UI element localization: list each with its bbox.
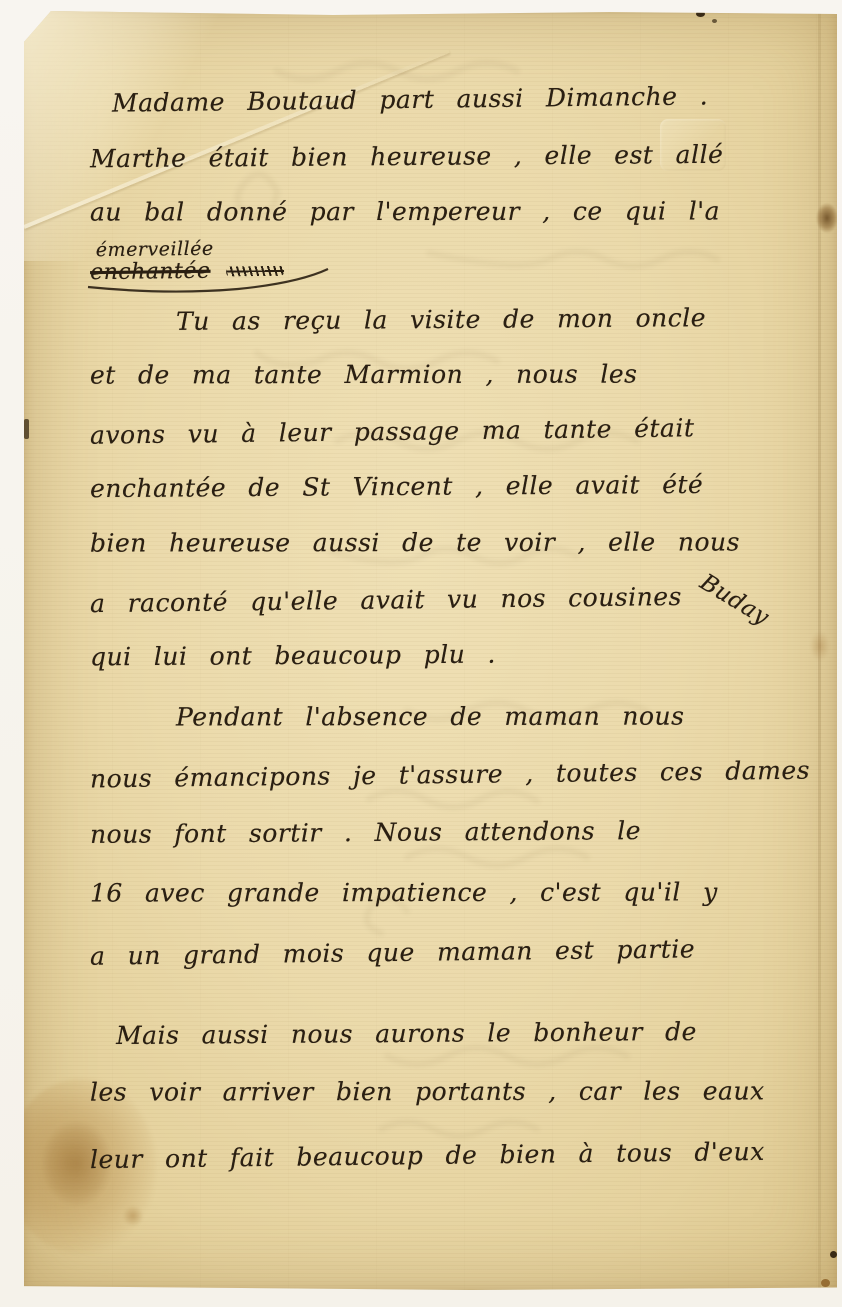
letter-line: enchantée de St Vincent , elle avait été: [90, 470, 703, 503]
line-text: 16 avec grande impatience , c'est qu'il …: [90, 877, 718, 907]
line-text: a raconté qu'elle avait vu nos cousines: [90, 582, 682, 618]
rotated-name: Buday: [695, 569, 773, 631]
letter-line: a raconté qu'elle avait vu nos cousinesB…: [90, 581, 772, 618]
letter-line: Pendant l'absence de maman nous: [176, 702, 685, 732]
handwriting-layer: Madame Boutaud part aussi Dimanche .Mart…: [24, 11, 837, 1290]
line-text: avons vu à leur passage ma tante était: [90, 413, 695, 449]
line-text: les voir arriver bien portants , car les…: [90, 1076, 765, 1106]
line-text: nous font sortir . Nous attendons le: [90, 816, 641, 849]
struck-out-word: enchantée: [90, 259, 211, 285]
letter-line: émerveilléeenchantée: [90, 237, 285, 285]
line-text: Mais aussi nous aurons le bonheur de: [116, 1017, 697, 1050]
line-text: a un grand mois que maman est partie: [90, 934, 695, 970]
line-text: qui lui ont beaucoup plu .: [90, 640, 496, 672]
line-text: Madame Boutaud part aussi Dimanche .: [112, 81, 708, 117]
line-text: Marthe était bien heureuse , elle est al…: [90, 140, 724, 173]
line-text: enchantée de St Vincent , elle avait été: [90, 470, 703, 503]
letter-line: Mais aussi nous aurons le bonheur de: [116, 1017, 697, 1050]
letter-line: nous émancipons je t'assure , toutes ces…: [90, 756, 810, 794]
letter-line: 16 avec grande impatience , c'est qu'il …: [90, 877, 718, 907]
letter-line: au bal donné par l'empereur , ce qui l'a: [90, 196, 720, 226]
letter-line: bien heureuse aussi de te voir , elle no…: [90, 527, 740, 557]
letter-line: qui lui ont beaucoup plu .: [90, 640, 496, 672]
scribbled-out-word: [226, 265, 284, 276]
line-text: leur ont fait beaucoup de bien à tous d'…: [90, 1137, 765, 1174]
letter-line: nous font sortir . Nous attendons le: [90, 816, 641, 849]
line-text: bien heureuse aussi de te voir , elle no…: [90, 527, 740, 557]
letter-line: Madame Boutaud part aussi Dimanche .: [112, 81, 708, 117]
letter-page: Madame Boutaud part aussi Dimanche .Mart…: [24, 11, 837, 1290]
scan-background: Madame Boutaud part aussi Dimanche .Mart…: [0, 0, 842, 1307]
line-text: Tu as reçu la visite de mon oncle: [176, 303, 706, 336]
letter-line: a un grand mois que maman est partie: [90, 934, 695, 970]
line-text: Pendant l'absence de maman nous: [176, 702, 685, 732]
letter-line: et de ma tante Marmion , nous les: [90, 360, 638, 390]
letter-line: Marthe était bien heureuse , elle est al…: [90, 140, 724, 173]
line-text: et de ma tante Marmion , nous les: [90, 360, 638, 390]
letter-line: leur ont fait beaucoup de bien à tous d'…: [90, 1137, 765, 1174]
line-text: nous émancipons je t'assure , toutes ces…: [90, 756, 810, 794]
letter-line: avons vu à leur passage ma tante était: [90, 413, 695, 449]
letter-line: les voir arriver bien portants , car les…: [90, 1076, 765, 1106]
letter-line: Tu as reçu la visite de mon oncle: [176, 303, 706, 336]
line-text: au bal donné par l'empereur , ce qui l'a: [90, 196, 720, 226]
inserted-word: émerveillée: [96, 237, 285, 261]
